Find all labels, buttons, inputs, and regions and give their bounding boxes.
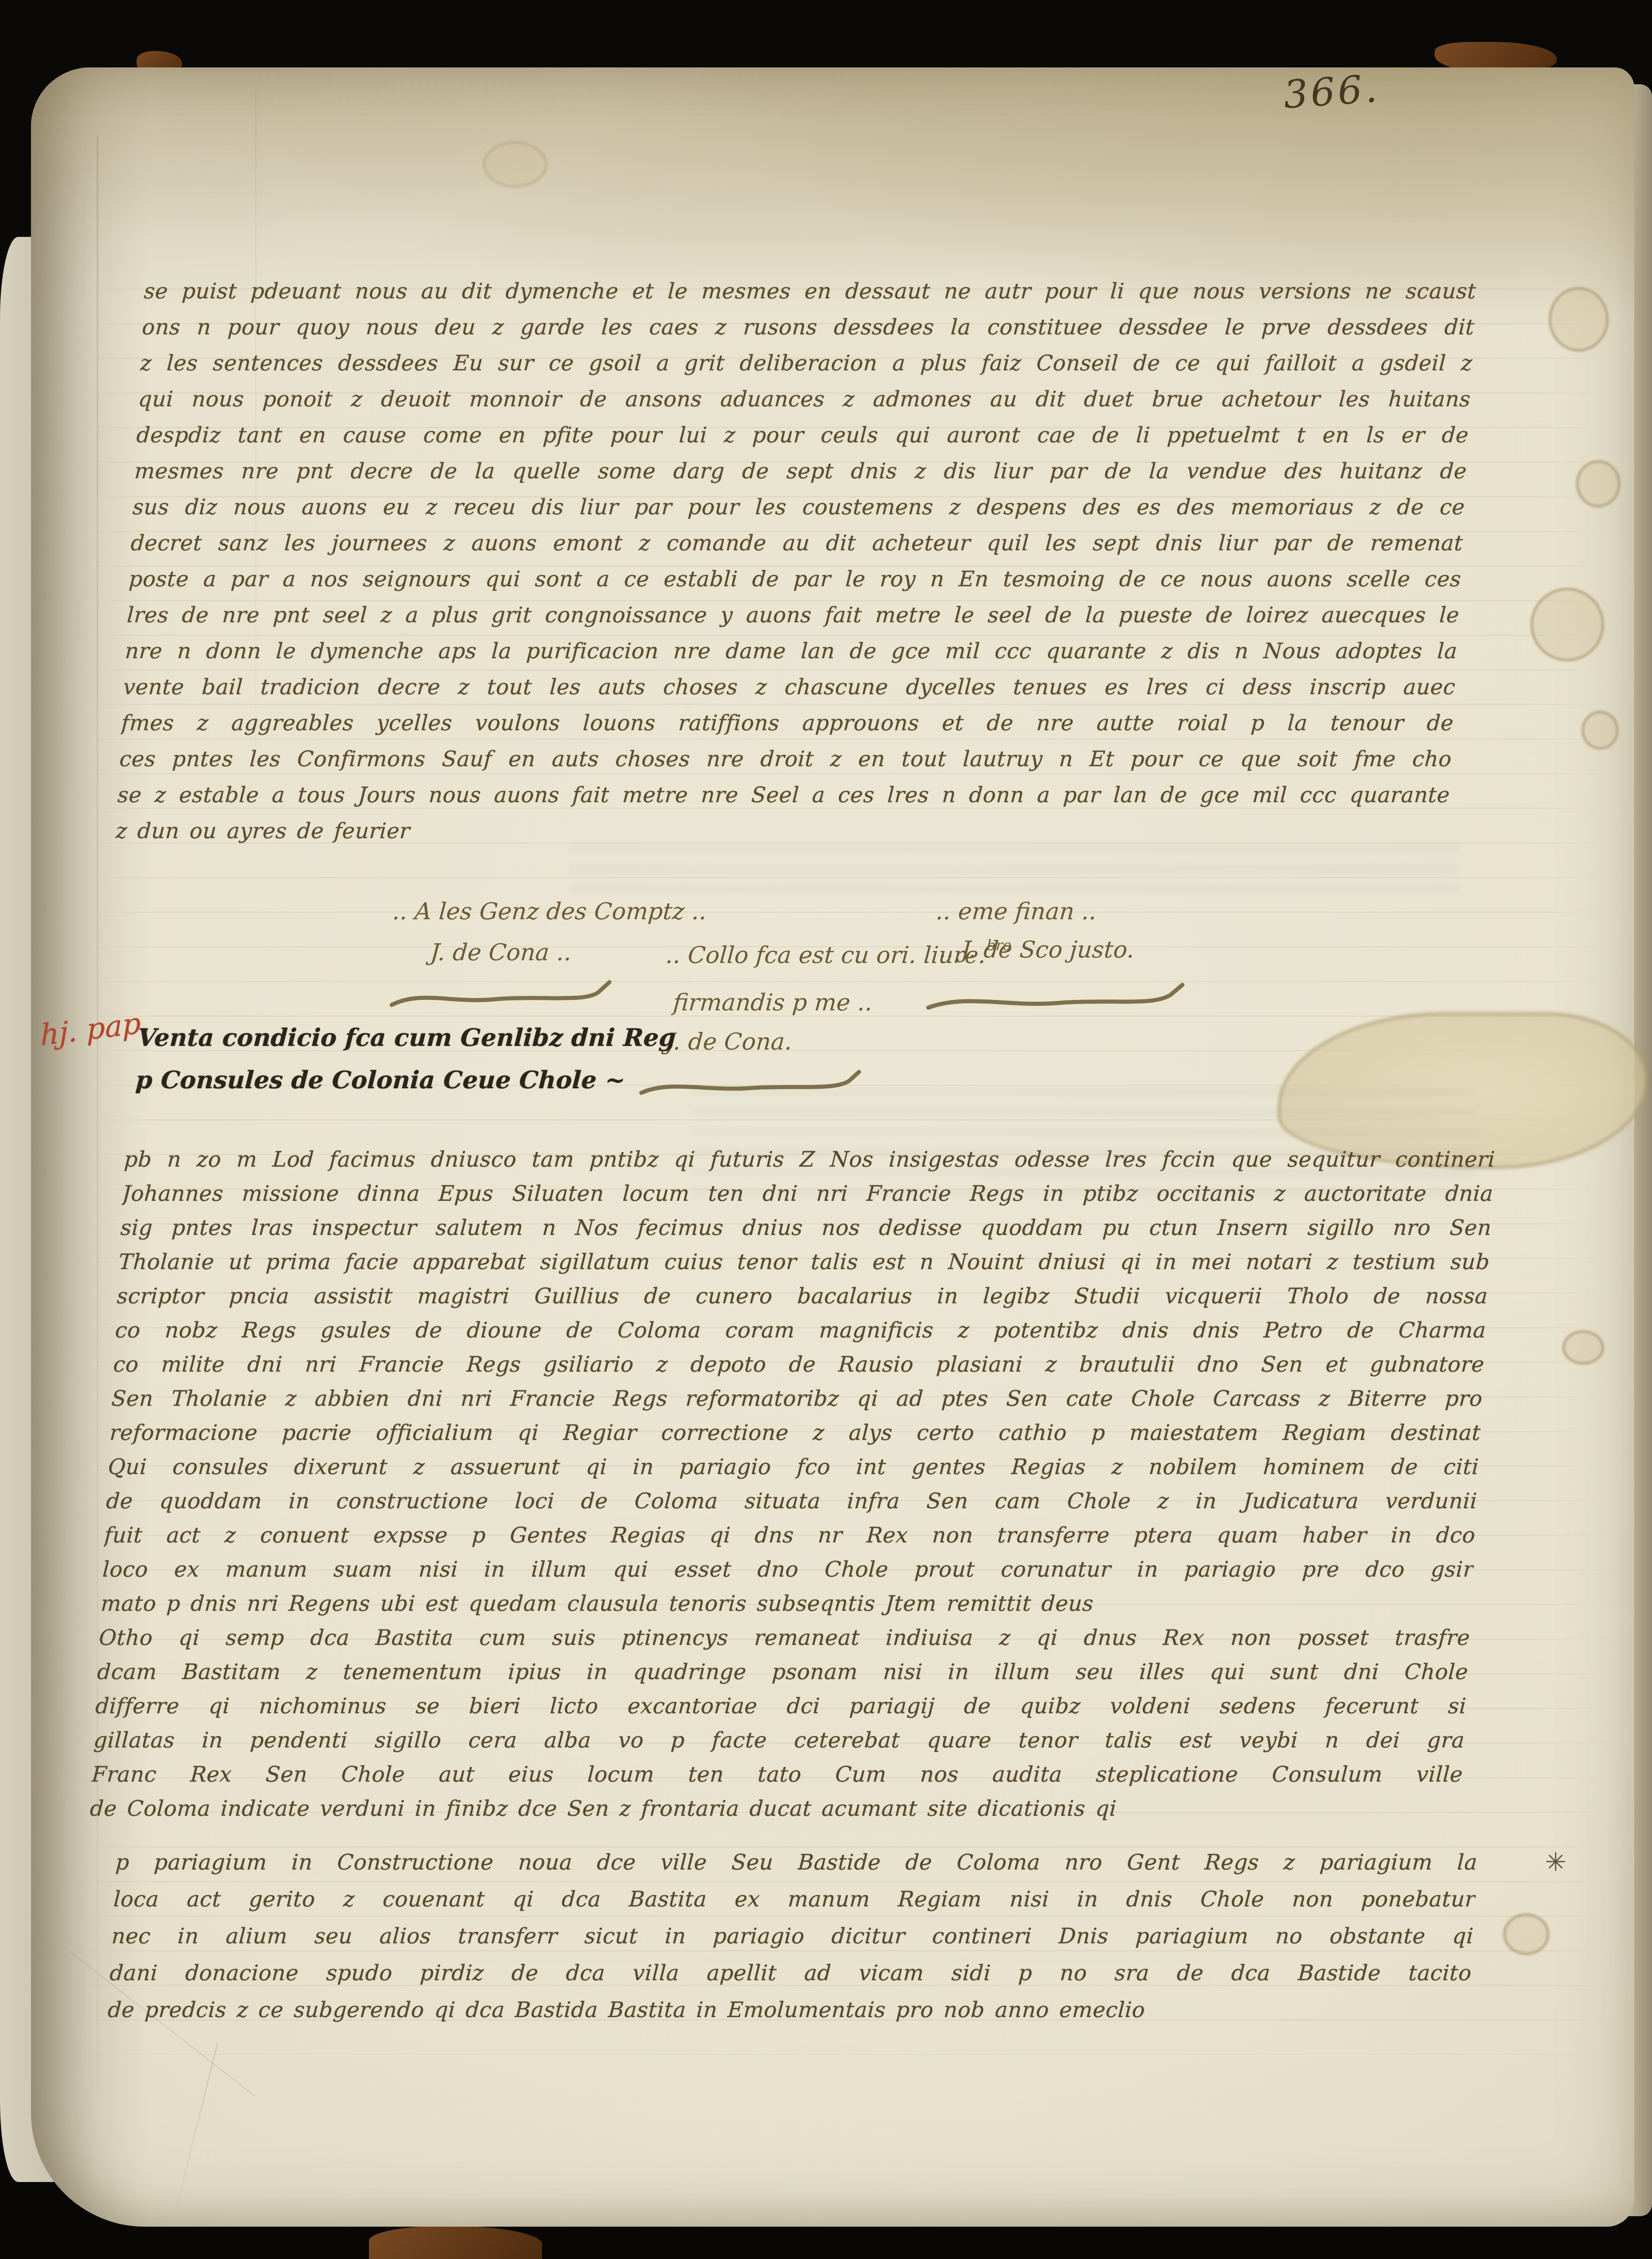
text-line: de quoddam in constructione loci de Colo…: [105, 1484, 1478, 1518]
text-line: Otho qi semp dca Bastita cum suis ptinen…: [98, 1621, 1471, 1655]
text-line: mato p dnis nri Regens ubi est quedam cl…: [100, 1587, 1473, 1621]
section-heading-line: p Consules de Colonia Ceue Chole ~: [134, 1059, 675, 1101]
text-line: scriptor pncia assistit magistri Guilliu…: [116, 1279, 1489, 1313]
entry-latin: pb n zo m Lod facimus dniusco tam pntibz…: [89, 1142, 1496, 1826]
leather-binding-fragment: [369, 2226, 542, 2259]
ink-spot-stain: [1581, 711, 1619, 750]
entry-french: se puist pdeuant nous au dit dymenche et…: [115, 273, 1477, 849]
text-line: de predcis z ce subgerendo qi dca Bastid…: [107, 1992, 1470, 2028]
ink-spot-stain: [483, 141, 547, 188]
text-line: de Coloma indicate verduni in finibz dce…: [89, 1792, 1462, 1826]
text-line: dani donacione spudo pirdiz de dca villa…: [109, 1955, 1473, 1992]
signature-chambre-des-comptes: .. A les Genz des Comptz ..: [392, 898, 707, 925]
ink-spot-stain: [1503, 1913, 1550, 1955]
manuscript-photo: 366. se puist pdeuant nous au dit dymenc…: [0, 0, 1652, 2259]
signature-finances: .. eme finan ..: [935, 898, 1097, 925]
text-line: ons n pour quoy nous deu z garde les cae…: [141, 309, 1475, 345]
section-heading: Venta condicio fca cum Genlibz dni Reg p…: [134, 1017, 677, 1101]
text-line: co milite dni nri Francie Regs gsiliario…: [113, 1347, 1485, 1382]
text-line: despdiz tant en cause come en pfite pour…: [135, 417, 1469, 453]
text-line: se z estable a tous Jours nous auons fai…: [117, 777, 1451, 813]
margin-asterisk-mark: ✳: [1545, 1848, 1566, 1877]
signature-j-de-sco-justo: .. J. de Sco justo.: [938, 937, 1135, 963]
text-line: co nobz Regs gsules de dioune de Coloma …: [114, 1313, 1487, 1347]
text-line: differre qi nichominus se bieri licto ex…: [94, 1689, 1467, 1723]
text-line: Qui consules dixerunt z assuerunt qi in …: [107, 1450, 1480, 1484]
text-line: fmes z aggreables ycelles voulons louons…: [120, 705, 1454, 741]
text-line: z dun ou ayres de feurier: [115, 813, 1449, 849]
text-line: dcam Bastitam z tenementum ipius in quad…: [96, 1655, 1469, 1689]
text-line: qui nous ponoit z deuoit monnoir de anso…: [138, 381, 1472, 417]
entry-latin-continuation: p pariagium in Constructione noua dce vi…: [107, 1844, 1478, 2028]
ink-spot-stain: [1549, 287, 1609, 352]
text-line: p pariagium in Constructione noua dce vi…: [114, 1844, 1478, 1881]
text-line: sus diz nous auons eu z receu dis liur p…: [132, 489, 1466, 525]
signature-j-de-cona-2: J. de Cona.: [665, 1029, 793, 1055]
text-line: mesmes nre pnt decre de la quelle some d…: [133, 453, 1468, 489]
paraph-flourish-underline: [925, 978, 1189, 1024]
text-line: nre n donn le dymenche aps la purificaci…: [124, 633, 1458, 669]
text-line: sig pntes lras inspectur salutem n Nos f…: [120, 1211, 1493, 1245]
text-line: Tholanie ut prima facie apparebat sigill…: [118, 1245, 1491, 1279]
text-line: se puist pdeuant nous au dit dymenche et…: [143, 273, 1477, 309]
text-line: Franc Rex Sen Chole aut eius locum ten t…: [91, 1757, 1464, 1792]
text-line: poste a par a nos seignours qui sont a c…: [128, 561, 1462, 597]
folio-number: 366.: [1282, 66, 1381, 117]
text-line: vente bail tradicion decre z tout les au…: [122, 669, 1456, 705]
text-line: loca act gerito z couenant qi dca Bastit…: [113, 1881, 1476, 1918]
ink-spot-stain: [1562, 1330, 1604, 1365]
text-line: pb n zo m Lod facimus dniusco tam pntibz…: [123, 1142, 1496, 1177]
section-heading-line: Venta condicio fca cum Genlibz dni Reg: [137, 1017, 677, 1059]
ink-spot-stain: [1576, 460, 1621, 507]
text-line: gillatas in pendenti sigillo cera alba v…: [93, 1723, 1466, 1757]
text-line: Johannes missione dinna Epus Siluaten lo…: [121, 1177, 1494, 1211]
signature-j-de-cona: J. de Cona ..: [430, 939, 573, 966]
text-line: ces pntes les Confirmons Sauf en auts ch…: [118, 741, 1453, 777]
text-line: z les sentences dessdees Eu sur ce gsoil…: [139, 345, 1473, 381]
showthrough-ghost-text: [569, 845, 1458, 900]
text-line: decret sanz les journees z auons emont z…: [130, 525, 1464, 561]
text-line: lres de nre pnt seel z a plus grit congn…: [126, 597, 1460, 633]
text-line: loco ex manum suam nisi in illum qui ess…: [102, 1552, 1474, 1587]
collation-note-line2: firmandis p me ..: [672, 989, 874, 1016]
text-line: nec in alium seu alios transferr sicut i…: [111, 1918, 1474, 1955]
paraph-flourish-underline: [388, 975, 616, 1020]
text-line: Sen Tholanie z abbien dni nri Francie Re…: [111, 1382, 1483, 1416]
ink-spot-stain: [1530, 588, 1604, 661]
text-line: reformacione pacrie officialium qi Regia…: [109, 1416, 1482, 1450]
text-line: fuit act z conuent expsse p Gentes Regia…: [103, 1518, 1476, 1552]
